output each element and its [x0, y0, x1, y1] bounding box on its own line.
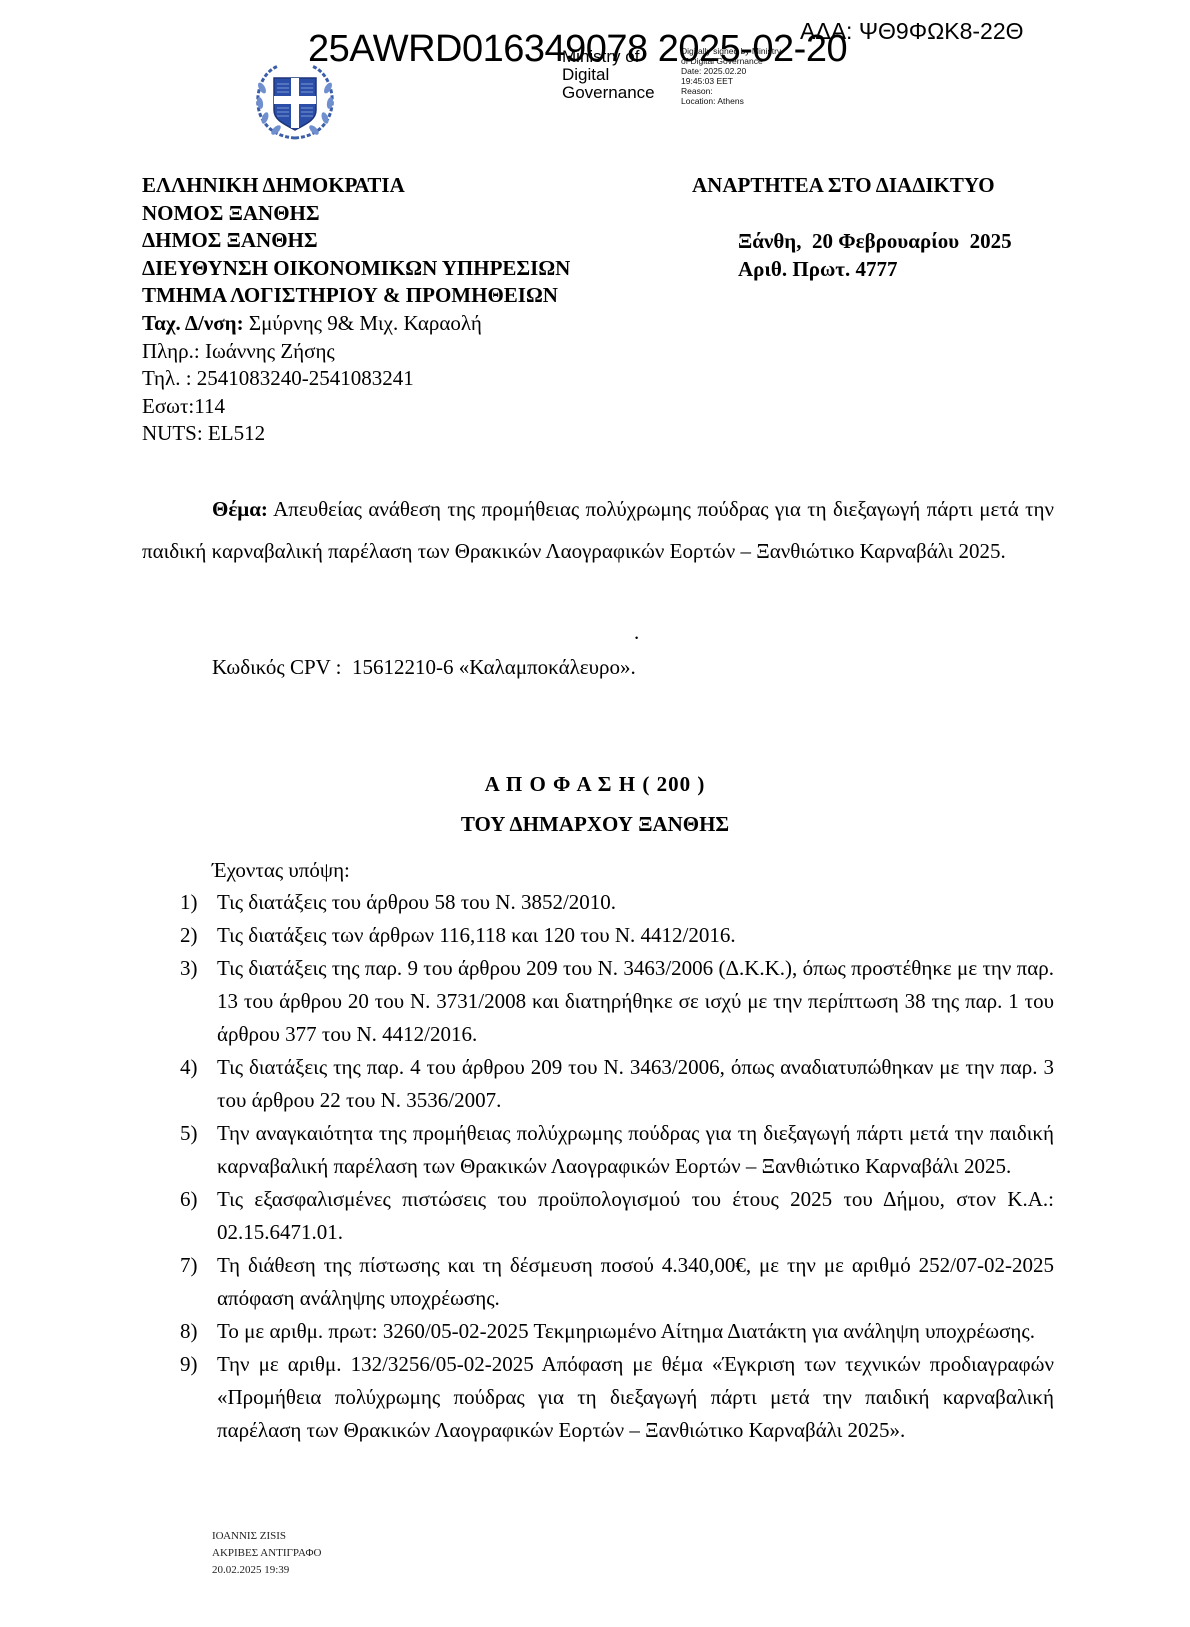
- certified-copy-footer: ΙΟΑΝΝΙΣ ZISIS ΑΚΡΙΒΕΣ ΑΝΤΙΓΡΑΦΟ 20.02.20…: [212, 1528, 322, 1579]
- item-text: Την με αριθμ. 132/3256/05-02-2025 Απόφασ…: [217, 1352, 1054, 1442]
- item-text: Τις εξασφαλισμένες πιστώσεις του προϋπολ…: [217, 1187, 1054, 1244]
- list-item: 9)Την με αριθμ. 132/3256/05-02-2025 Απόφ…: [180, 1348, 1054, 1447]
- list-item: 4)Τις διατάξεις της παρ. 4 του άρθρου 20…: [180, 1051, 1054, 1117]
- address-value: Σμύρνης 9& Μιχ. Καραολή: [244, 311, 482, 335]
- list-item: 8)Το με αριθμ. πρωτ: 3260/05-02-2025 Τεκ…: [180, 1315, 1054, 1348]
- issuer-block: ΕΛΛΗΝΙΚΗ ΔΗΜΟΚΡΑΤΙΑ ΝΟΜΟΣ ΞΑΝΘΗΣ ΔΗΜΟΣ Ξ…: [142, 172, 570, 310]
- signature-line: 19:45:03 EET: [681, 76, 781, 86]
- item-number: 5): [180, 1117, 198, 1150]
- item-number: 9): [180, 1348, 198, 1381]
- item-number: 3): [180, 952, 198, 985]
- item-text: Το με αριθμ. πρωτ: 3260/05-02-2025 Τεκμη…: [217, 1319, 1035, 1343]
- list-item: 5)Την αναγκαιότητα της προμήθειας πολύχρ…: [180, 1117, 1054, 1183]
- list-item: 2)Τις διατάξεις των άρθρων 116,118 και 1…: [180, 919, 1054, 952]
- issuer-line: ΔΙΕΥΘΥΝΣΗ ΟΙΚΟΝΟΜΙΚΩΝ ΥΠΗΡΕΣΙΩΝ: [142, 255, 570, 283]
- nuts-code: NUTS: EL512: [142, 420, 482, 448]
- signer-org-line: Governance: [562, 84, 655, 102]
- issuer-line: ΔΗΜΟΣ ΞΑΝΘΗΣ: [142, 227, 570, 255]
- address-label: Ταχ. Δ/νση:: [142, 311, 244, 335]
- decision-title: Α Π Ο Φ Α Σ Η ( 200 ): [0, 772, 1190, 797]
- list-item: 3)Τις διατάξεις της παρ. 9 του άρθρου 20…: [180, 952, 1054, 1051]
- contact-block: Ταχ. Δ/νση: Σμύρνης 9& Μιχ. Καραολή Πληρ…: [142, 310, 482, 448]
- date-protocol-block: Ξάνθη, 20 Φεβρουαρίου 2025 Αριθ. Πρωτ. 4…: [738, 228, 1012, 283]
- issuer-line: ΕΛΛΗΝΙΚΗ ΔΗΜΟΚΡΑΤΙΑ: [142, 172, 570, 200]
- item-text: Τις διατάξεις των άρθρων 116,118 και 120…: [217, 923, 736, 947]
- signature-line: Location: Athens: [681, 96, 781, 106]
- item-number: 8): [180, 1315, 198, 1348]
- list-item: 6)Τις εξασφαλισμένες πιστώσεις του προϋπ…: [180, 1183, 1054, 1249]
- item-text: Τις διατάξεις του άρθρου 58 του Ν. 3852/…: [217, 890, 616, 914]
- list-item: 7)Τη διάθεση της πίστωσης και τη δέσμευσ…: [180, 1249, 1054, 1315]
- item-number: 1): [180, 886, 198, 919]
- item-number: 6): [180, 1183, 198, 1216]
- certifier-name: ΙΟΑΝΝΙΣ ZISIS: [212, 1528, 322, 1545]
- issuer-line: ΤΜΗΜΑ ΛΟΓΙΣΤΗΡΙΟΥ & ΠΡΟΜΗΘΕΙΩΝ: [142, 282, 570, 310]
- considerations-list: 1)Τις διατάξεις του άρθρου 58 του Ν. 385…: [180, 886, 1054, 1447]
- extension: Εσωτ:114: [142, 393, 482, 421]
- decision-subtitle: ΤΟΥ ΔΗΜΑΡΧΟΥ ΞΑΝΘΗΣ: [0, 812, 1190, 837]
- signature-line: Reason:: [681, 86, 781, 96]
- protocol-number: Αριθ. Πρωτ. 4777: [738, 256, 1012, 284]
- certified-copy-label: ΑΚΡΙΒΕΣ ΑΝΤΙΓΡΑΦΟ: [212, 1545, 322, 1562]
- item-text: Την αναγκαιότητα της προμήθειας πολύχρωμ…: [217, 1121, 1054, 1178]
- subject-label: Θέμα:: [212, 497, 268, 521]
- item-number: 7): [180, 1249, 198, 1282]
- list-item: 1)Τις διατάξεις του άρθρου 58 του Ν. 385…: [180, 886, 1054, 919]
- post-online-label: ΑΝΑΡΤΗΤΕΑ ΣΤΟ ΔΙΑΔΙΚΤΥΟ: [692, 172, 995, 200]
- document-date: Ξάνθη, 20 Φεβρουαρίου 2025: [738, 228, 1012, 256]
- address-line: Ταχ. Δ/νση: Σμύρνης 9& Μιχ. Καραολή: [142, 310, 482, 338]
- registry-number: 25AWRD016349078 2025-02-20: [308, 28, 847, 71]
- item-text: Τη διάθεση της πίστωσης και τη δέσμευση …: [217, 1253, 1054, 1310]
- subject-paragraph: Θέμα: Απευθείας ανάθεση της προμήθειας π…: [142, 488, 1054, 572]
- separator-dot: .: [634, 620, 639, 645]
- item-text: Τις διατάξεις της παρ. 9 του άρθρου 209 …: [217, 956, 1054, 1046]
- considering-label: Έχοντας υπόψη:: [212, 858, 350, 883]
- issuer-line: ΝΟΜΟΣ ΞΑΝΘΗΣ: [142, 200, 570, 228]
- item-number: 4): [180, 1051, 198, 1084]
- item-number: 2): [180, 919, 198, 952]
- subject-text: Απευθείας ανάθεση της προμήθειας πολύχρω…: [142, 497, 1054, 563]
- phone: Τηλ. : 2541083240-2541083241: [142, 365, 482, 393]
- certification-timestamp: 20.02.2025 19:39: [212, 1562, 322, 1579]
- contact-person: Πληρ.: Ιωάννης Ζήσης: [142, 338, 482, 366]
- item-text: Τις διατάξεις της παρ. 4 του άρθρου 209 …: [217, 1055, 1054, 1112]
- cpv-code: Κωδικός CPV : 15612210-6 «Καλαμποκάλευρο…: [212, 655, 636, 680]
